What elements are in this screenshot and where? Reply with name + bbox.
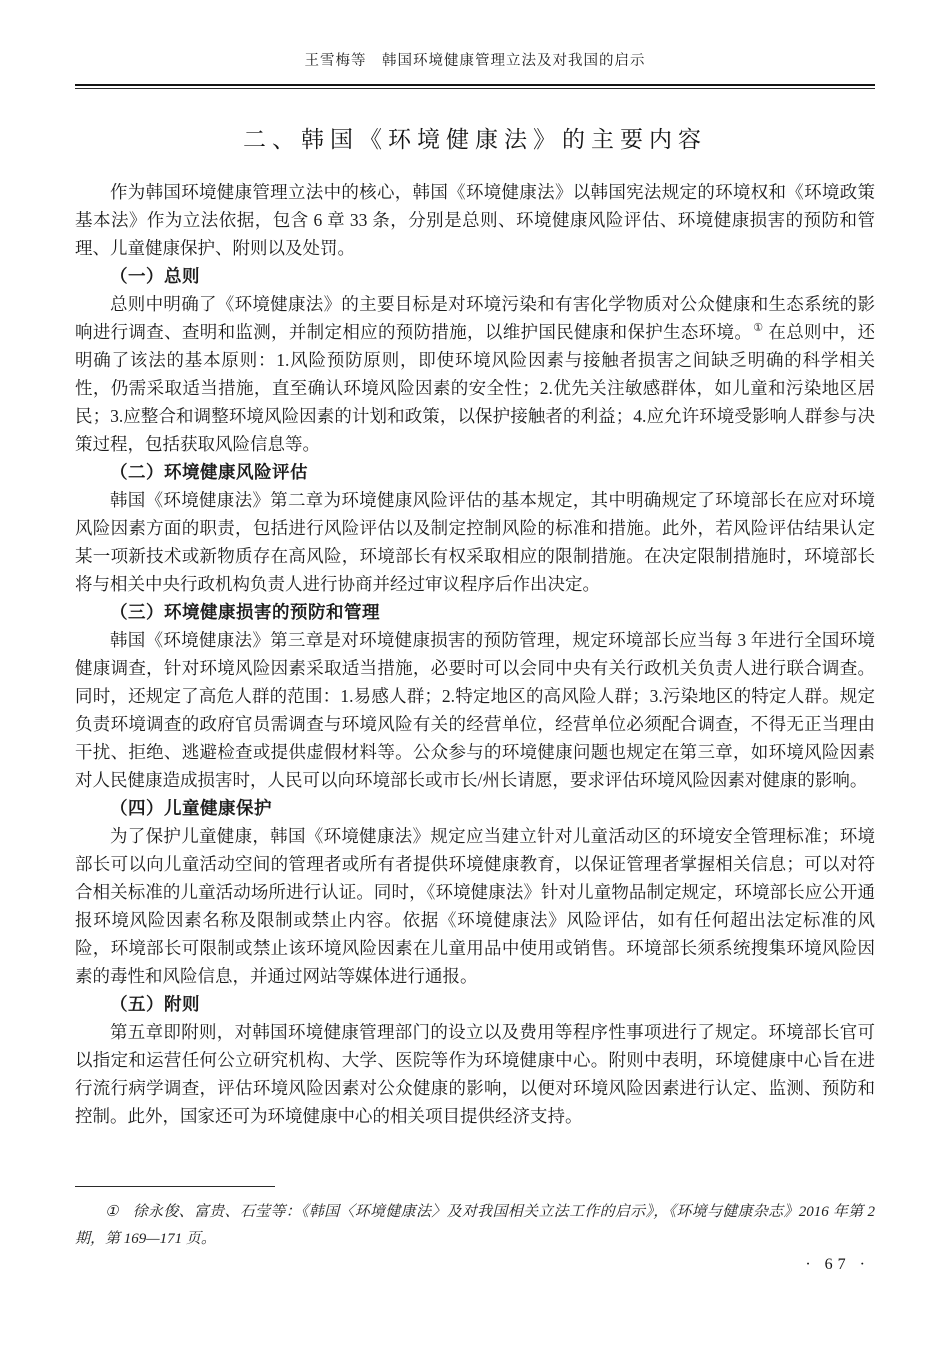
paragraph-general-provisions: 总则中明确了《环境健康法》的主要目标是对环境污染和有害化学物质对公众健康和生态系…: [75, 290, 875, 458]
subsection-heading-general-provisions: （一）总则: [75, 262, 875, 290]
footnote-separator-rule: [75, 1186, 275, 1187]
subsection-heading-damage-prevention: （三）环境健康损害的预防和管理: [75, 598, 875, 626]
article-body: 作为韩国环境健康管理立法中的核心，韩国《环境健康法》以韩国宪法规定的环境权和《环…: [75, 178, 875, 1130]
paragraph-child-health: 为了保护儿童健康，韩国《环境健康法》规定应当建立针对儿童活动区的环境安全管理标准…: [75, 822, 875, 990]
footnote-marker: ①: [105, 1204, 119, 1220]
document-page: 王雪梅等 韩国环境健康管理立法及对我国的启示 二、韩国《环境健康法》的主要内容 …: [0, 0, 950, 1357]
subsection-heading-supplementary: （五）附则: [75, 990, 875, 1018]
running-header-text: 王雪梅等 韩国环境健康管理立法及对我国的启示: [305, 53, 646, 69]
footnote-entry: ①徐永俊、富贵、石莹等：《韩国〈环境健康法〉及对我国相关立法工作的启示》，《环境…: [75, 1199, 875, 1253]
running-header: 王雪梅等 韩国环境健康管理立法及对我国的启示: [0, 0, 950, 70]
header-rule: [75, 84, 875, 89]
footnote-ref-marker: ①: [753, 322, 763, 334]
paragraph-damage-prevention: 韩国《环境健康法》第三章是对环境健康损害的预防管理，规定环境部长应当每 3 年进…: [75, 626, 875, 794]
footnote-area: ①徐永俊、富贵、石莹等：《韩国〈环境健康法〉及对我国相关立法工作的启示》，《环境…: [75, 1186, 875, 1253]
paragraph-risk-assessment: 韩国《环境健康法》第二章为环境健康风险评估的基本规定，其中明确规定了环境部长在应…: [75, 486, 875, 598]
paragraph-supplementary: 第五章即附则，对韩国环境健康管理部门的设立以及费用等程序性事项进行了规定。环境部…: [75, 1018, 875, 1130]
paragraph-text: 总则中明确了《环境健康法》的主要目标是对环境污染和有害化学物质对公众健康和生态系…: [75, 294, 875, 342]
subsection-heading-child-health: （四）儿童健康保护: [75, 794, 875, 822]
page-title: 二、韩国《环境健康法》的主要内容: [75, 121, 875, 154]
subsection-heading-risk-assessment: （二）环境健康风险评估: [75, 458, 875, 486]
page-number: · 67 ·: [805, 1256, 870, 1274]
paragraph-intro: 作为韩国环境健康管理立法中的核心，韩国《环境健康法》以韩国宪法规定的环境权和《环…: [75, 178, 875, 262]
footnote-text: 徐永俊、富贵、石莹等：《韩国〈环境健康法〉及对我国相关立法工作的启示》，《环境与…: [75, 1204, 875, 1247]
